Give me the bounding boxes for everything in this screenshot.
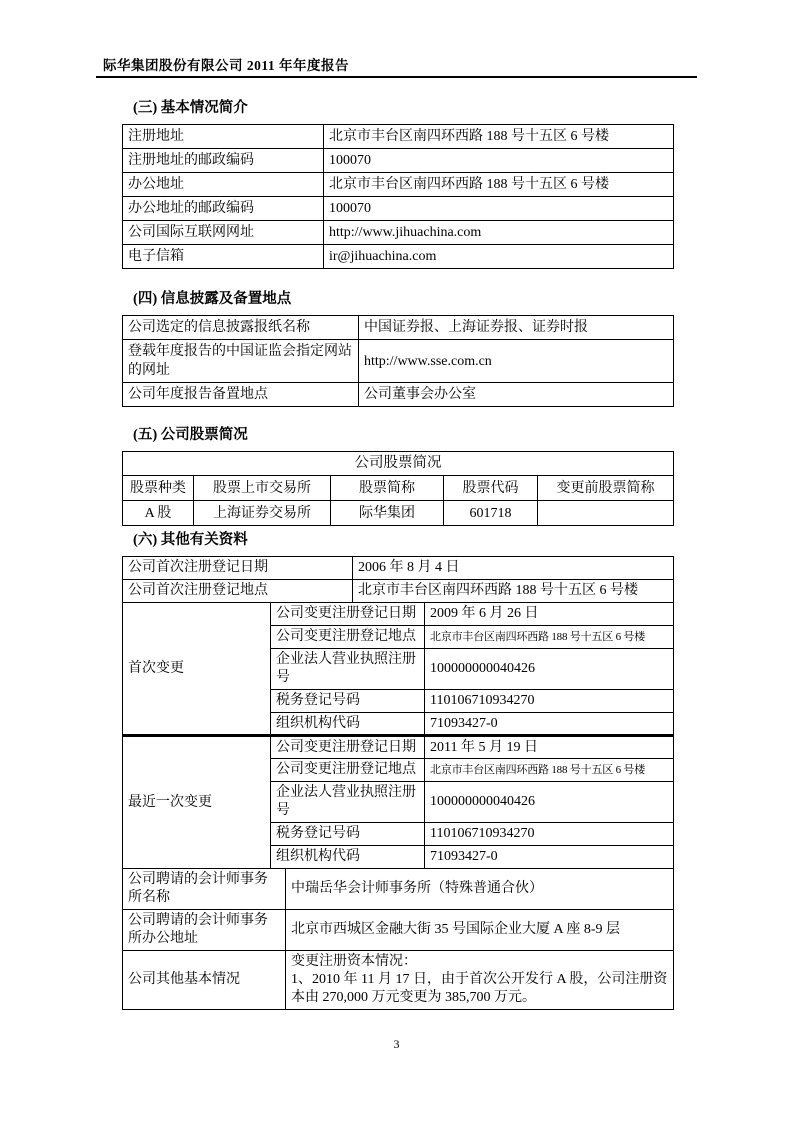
row-value: 北京市丰台区南四环西路 188 号十五区 6 号楼 — [324, 173, 674, 197]
latest-change-group-label: 最近一次变更 — [123, 736, 271, 869]
table-row: 公司聘请的会计师事务所办公地址 北京市西城区金融大街 35 号国际企业大厦 A … — [123, 910, 674, 951]
row-label: 公司变更注册登记地点 — [271, 626, 425, 649]
page-number: 3 — [0, 1037, 793, 1052]
basic-info-table: 注册地址 北京市丰台区南四环西路 188 号十五区 6 号楼 注册地址的邮政编码… — [122, 124, 674, 269]
row-label: 企业法人营业执照注册号 — [271, 649, 425, 690]
row-label: 公司聘请的会计师事务所名称 — [123, 869, 286, 910]
other-basic-info: 变更注册资本情况： 1、2010 年 11 月 17 日，由于首次公开发行 A … — [286, 951, 674, 1010]
row-label: 注册地址 — [123, 125, 324, 149]
section-heading-basic-info: (三) 基本情况简介 — [122, 96, 674, 117]
company-email: ir@jihuachina.com — [324, 245, 674, 269]
table-row: 公司国际互联网网址 http://www.jihuachina.com — [123, 221, 674, 245]
tax-registration-number: 110106710934270 — [425, 823, 674, 846]
row-label: 税务登记号码 — [271, 690, 425, 713]
row-label: 公司变更注册登记日期 — [271, 736, 425, 759]
business-license-number: 100000000040426 — [425, 649, 674, 690]
other-info-table: 公司首次注册登记日期 2006 年 8 月 4 日 公司首次注册登记地点 北京市… — [122, 556, 674, 1010]
header-rule — [96, 76, 697, 78]
stock-table: 公司股票简况 股票种类 股票上市交易所 股票简称 股票代码 变更前股票简称 A … — [122, 451, 674, 526]
first-change-group-label: 首次变更 — [123, 603, 271, 736]
stock-col-header: 股票种类 — [123, 476, 194, 501]
row-value: 北京市丰台区南四环西路 188 号十五区 6 号楼 — [425, 626, 674, 649]
row-label: 公司变更注册登记日期 — [271, 603, 425, 626]
row-value: 100070 — [324, 197, 674, 221]
table-row: 登载年度报告的中国证监会指定网站的网址 http://www.sse.com.c… — [123, 340, 674, 383]
row-label: 组织机构代码 — [271, 713, 425, 736]
organization-code: 71093427-0 — [425, 846, 674, 869]
business-license-number: 100000000040426 — [425, 782, 674, 823]
table-row: 公司其他基本情况 变更注册资本情况： 1、2010 年 11 月 17 日，由于… — [123, 951, 674, 1010]
table-row: 注册地址 北京市丰台区南四环西路 188 号十五区 6 号楼 — [123, 125, 674, 149]
stock-type: A 股 — [123, 501, 194, 526]
row-label: 公司首次注册登记地点 — [123, 580, 353, 603]
table-row: 公司首次注册登记地点 北京市丰台区南四环西路 188 号十五区 6 号楼 — [123, 580, 674, 603]
csrc-website-url: http://www.sse.com.cn — [359, 340, 674, 383]
organization-code: 71093427-0 — [425, 713, 674, 736]
accounting-firm-name: 中瑞岳华会计师事务所（特殊普通合伙） — [286, 869, 674, 910]
company-website-url: http://www.jihuachina.com — [324, 221, 674, 245]
row-label: 公司其他基本情况 — [123, 951, 286, 1010]
first-registration-place: 北京市丰台区南四环西路 188 号十五区 6 号楼 — [353, 580, 674, 603]
table-row: 办公地址 北京市丰台区南四环西路 188 号十五区 6 号楼 — [123, 173, 674, 197]
disclosure-table: 公司选定的信息披露报纸名称 中国证券报、上海证券报、证券时报 登载年度报告的中国… — [122, 315, 674, 407]
row-label: 登载年度报告的中国证监会指定网站的网址 — [123, 340, 359, 383]
row-value: 北京市丰台区南四环西路 188 号十五区 6 号楼 — [324, 125, 674, 149]
table-row: 公司聘请的会计师事务所名称 中瑞岳华会计师事务所（特殊普通合伙） — [123, 869, 674, 910]
stock-code: 601718 — [444, 501, 538, 526]
table-row: A 股 上海证券交易所 际华集团 601718 — [123, 501, 674, 526]
stock-short-name: 际华集团 — [331, 501, 444, 526]
row-label: 税务登记号码 — [271, 823, 425, 846]
table-row: 公司年度报告备置地点 公司董事会办公室 — [123, 383, 674, 407]
row-label: 公司变更注册登记地点 — [271, 759, 425, 782]
section-heading-stock: (五) 公司股票简况 — [122, 423, 674, 444]
tax-registration-number: 110106710934270 — [425, 690, 674, 713]
row-label: 企业法人营业执照注册号 — [271, 782, 425, 823]
stock-exchange: 上海证券交易所 — [194, 501, 331, 526]
table-row: 注册地址的邮政编码 100070 — [123, 149, 674, 173]
stock-col-header: 变更前股票简称 — [538, 476, 674, 501]
section-heading-disclosure: (四) 信息披露及备置地点 — [122, 287, 674, 308]
stock-prev-name — [538, 501, 674, 526]
row-label: 公司首次注册登记日期 — [123, 557, 353, 580]
row-label: 公司聘请的会计师事务所办公地址 — [123, 910, 286, 951]
capital-change-detail: 1、2010 年 11 月 17 日，由于首次公开发行 A 股，公司注册资本由 … — [291, 971, 668, 1007]
stock-col-header: 股票简称 — [331, 476, 444, 501]
row-value: 公司董事会办公室 — [359, 383, 674, 407]
section-stock: (五) 公司股票简况 公司股票简况 股票种类 股票上市交易所 股票简称 股票代码… — [122, 423, 674, 526]
section-basic-info: (三) 基本情况简介 注册地址 北京市丰台区南四环西路 188 号十五区 6 号… — [122, 96, 674, 269]
row-label: 办公地址 — [123, 173, 324, 197]
table-row: 公司首次注册登记日期 2006 年 8 月 4 日 — [123, 557, 674, 580]
table-row: 最近一次变更 公司变更注册登记日期 2011 年 5 月 19 日 — [123, 736, 674, 759]
table-header-row: 股票种类 股票上市交易所 股票简称 股票代码 变更前股票简称 — [123, 476, 674, 501]
row-value: 2011 年 5 月 19 日 — [425, 736, 674, 759]
stock-col-header: 股票代码 — [444, 476, 538, 501]
row-value: 中国证券报、上海证券报、证券时报 — [359, 316, 674, 340]
row-label: 办公地址的邮政编码 — [123, 197, 324, 221]
table-row: 公司选定的信息披露报纸名称 中国证券报、上海证券报、证券时报 — [123, 316, 674, 340]
first-registration-date: 2006 年 8 月 4 日 — [353, 557, 674, 580]
capital-change-title: 变更注册资本情况： — [291, 953, 668, 971]
section-disclosure: (四) 信息披露及备置地点 公司选定的信息披露报纸名称 中国证券报、上海证券报、… — [122, 287, 674, 407]
section-other-info: (六) 其他有关资料 公司首次注册登记日期 2006 年 8 月 4 日 公司首… — [122, 528, 674, 1010]
table-row: 公司股票简况 — [123, 452, 674, 476]
row-label: 公司国际互联网网址 — [123, 221, 324, 245]
row-value: 100070 — [324, 149, 674, 173]
table-row: 电子信箱 ir@jihuachina.com — [123, 245, 674, 269]
row-label: 注册地址的邮政编码 — [123, 149, 324, 173]
row-value: 2009 年 6 月 26 日 — [425, 603, 674, 626]
accounting-firm-address: 北京市西城区金融大街 35 号国际企业大厦 A 座 8-9 层 — [286, 910, 674, 951]
row-label: 公司年度报告备置地点 — [123, 383, 359, 407]
table-row: 首次变更 公司变更注册登记日期 2009 年 6 月 26 日 — [123, 603, 674, 626]
row-value: 北京市丰台区南四环西路 188 号十五区 6 号楼 — [425, 759, 674, 782]
row-label: 电子信箱 — [123, 245, 324, 269]
stock-table-title: 公司股票简况 — [123, 452, 674, 476]
report-header-title: 际华集团股份有限公司 2011 年年度报告 — [103, 54, 349, 74]
row-label: 公司选定的信息披露报纸名称 — [123, 316, 359, 340]
stock-col-header: 股票上市交易所 — [194, 476, 331, 501]
table-row: 办公地址的邮政编码 100070 — [123, 197, 674, 221]
row-label: 组织机构代码 — [271, 846, 425, 869]
section-heading-other-info: (六) 其他有关资料 — [122, 528, 674, 549]
